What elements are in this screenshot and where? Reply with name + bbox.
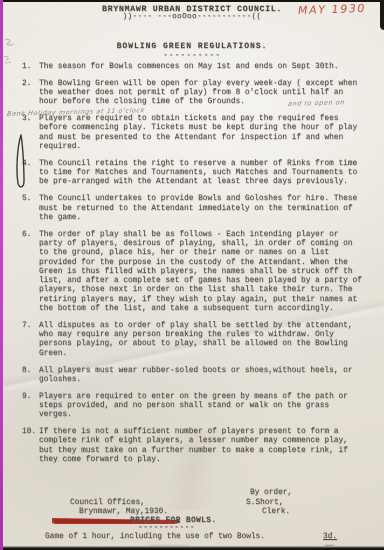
pencil-scribble bbox=[2, 54, 14, 66]
clerk-role: Clerk. bbox=[262, 508, 290, 516]
regulation-number: 6. bbox=[22, 231, 39, 315]
regulation-number: 10. bbox=[22, 428, 39, 465]
pencil-annotation: and to open on bbox=[287, 98, 345, 108]
regulation-item: 9.Players are required to enter on the g… bbox=[22, 393, 362, 421]
scan-edge-bottom bbox=[0, 546, 384, 550]
regulation-item: 6.The order of play shall be as follows … bbox=[22, 231, 362, 315]
prices-heading-underline: ----------- bbox=[138, 524, 195, 532]
regulation-text: Players are required to enter on the gre… bbox=[39, 393, 362, 421]
scan-edge-right bbox=[380, 0, 384, 30]
scan-edge-top bbox=[0, 0, 384, 2]
price-line: Game of 1 hour, including the use of two… bbox=[45, 533, 265, 541]
regulation-text: The Council undertakes to provide Bowls … bbox=[39, 195, 362, 223]
document-title: BOWLING GREEN REGULATIONS. bbox=[0, 42, 384, 51]
scan-edge-left bbox=[0, 0, 3, 550]
regulation-text: If there is not a sufficient number of p… bbox=[39, 428, 362, 465]
regulation-number: 2. bbox=[22, 80, 39, 108]
regulation-number: 9. bbox=[22, 393, 39, 421]
ink-margin-mark bbox=[13, 133, 29, 191]
regulation-item: 5.The Council undertakes to provide Bowl… bbox=[22, 195, 362, 223]
regulation-text: All disputes as to order of play shall b… bbox=[39, 322, 362, 359]
regulation-text: The season for Bowls commences on May 1s… bbox=[39, 63, 362, 72]
regulation-text: The order of play shall be as follows - … bbox=[39, 231, 362, 315]
document-title-underline: ---------- bbox=[0, 51, 384, 60]
pencil-scribble bbox=[2, 36, 18, 52]
regulation-item: 1.The season for Bowls commences on May … bbox=[22, 63, 362, 72]
regulation-item: 3.Players are required to obtain tickets… bbox=[22, 115, 362, 152]
regulation-item: 4.The Council retains the right to reser… bbox=[22, 160, 362, 188]
regulation-item: 7.All disputes as to order of play shall… bbox=[22, 322, 362, 359]
price-value: 3d. bbox=[323, 533, 337, 541]
regulation-number: 5. bbox=[22, 195, 39, 223]
regulation-text: The Council retains the right to reserve… bbox=[39, 160, 362, 188]
regulation-number: 7. bbox=[22, 322, 39, 359]
regulation-text: All players must wear rubber-soled boots… bbox=[39, 367, 362, 386]
council-offices-line: Council Offices, bbox=[70, 499, 145, 507]
regulation-item: 10.If there is not a sufficient number o… bbox=[22, 428, 362, 465]
regulations-list: 1.The season for Bowls commences on May … bbox=[22, 63, 362, 473]
regulation-item: 8.All players must wear rubber-soled boo… bbox=[22, 367, 362, 386]
clerk-name: S.Short, bbox=[246, 499, 283, 507]
handwritten-date-stamp: MAY 1930 bbox=[298, 2, 366, 17]
scanned-document: BRYNMAWR URBAN DISTRICT COUNCIL. ))---- … bbox=[0, 0, 384, 550]
regulation-text: Players are required to obtain tickets a… bbox=[39, 115, 362, 152]
regulation-number: 8. bbox=[22, 367, 39, 386]
by-order-line: By order, bbox=[250, 489, 292, 497]
regulation-number: 1. bbox=[22, 63, 39, 72]
